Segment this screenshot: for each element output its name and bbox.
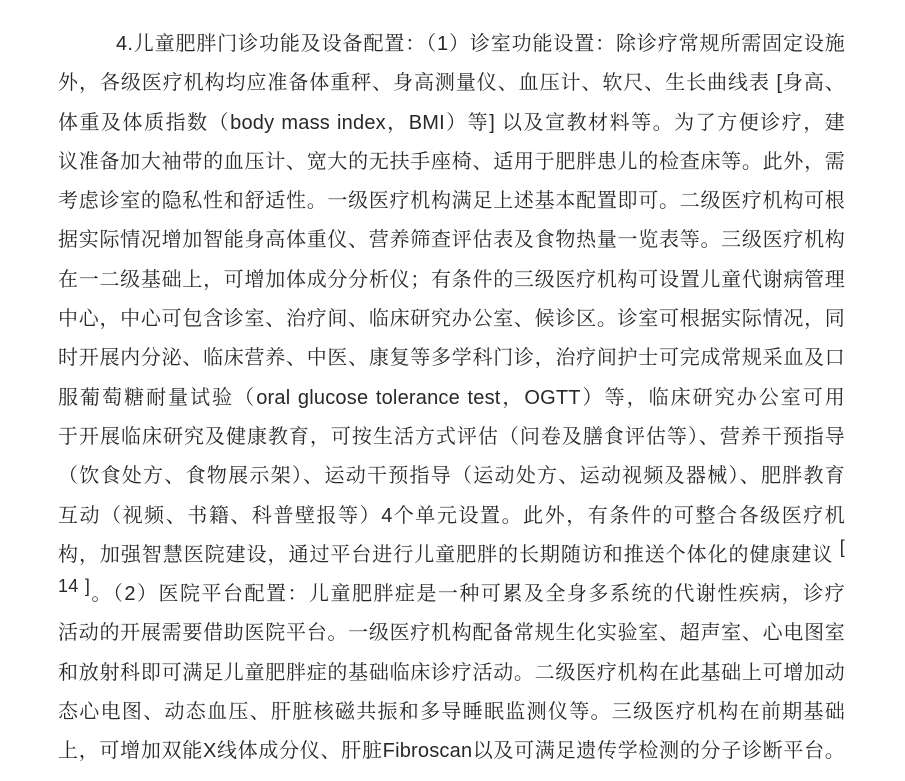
paragraph-line: 上，可增加双能X线体成分仪、肝脏Fibroscan以及可满足遗传学检测的分子诊断… <box>58 732 845 771</box>
paragraph-line: 4.儿童肥胖门诊功能及设备配置：（1）诊室功能设置：除诊疗常规所需固定设施 <box>58 25 845 64</box>
paragraph-line: （饮食处方、食物展示架）、运动干预指导（运动处方、运动视频及器械）、肥胖教育 <box>58 457 845 496</box>
citation-number: 14 ] <box>58 576 90 596</box>
paragraph-line: 活动的开展需要借助医院平台。一级医疗机构配备常规生化实验室、超声室、心电图室 <box>58 614 845 653</box>
paragraph-line: 在一二级基础上，可增加体成分分析仪；有条件的三级医疗机构可设置儿童代谢病管理 <box>58 261 845 300</box>
paragraph-line: 外，各级医疗机构均应准备体重秤、身高测量仪、血压计、软尺、生长曲线表 [身高、 <box>58 64 845 103</box>
line-text: 构，加强智慧医院建设，通过平台进行儿童肥胖的长期随访和推送个体化的健康建议 <box>58 544 840 566</box>
paragraph-line: 时开展内分泌、临床营养、中医、康复等多学科门诊，治疗间护士可完成常规采血及口 <box>58 339 845 378</box>
paragraph-line: 构，加强智慧医院建设，通过平台进行儿童肥胖的长期随访和推送个体化的健康建议 [ <box>58 536 845 575</box>
line-text: 。（2）医院平台配置：儿童肥胖症是一种可累及全身多系统的代谢性疾病，诊疗 <box>90 583 845 605</box>
citation-open-bracket: [ <box>840 537 845 557</box>
paragraph-line: 考虑诊室的隐私性和舒适性。一级医疗机构满足上述基本配置即可。二级医疗机构可根 <box>58 182 845 221</box>
paragraph-line: 中心，中心可包含诊室、治疗间、临床研究办公室、候诊区。诊室可根据实际情况，同 <box>58 300 845 339</box>
paragraph-line: 服葡萄糖耐量试验（oral glucose tolerance test，OGT… <box>58 379 845 418</box>
paragraph-line: 态心电图、动态血压、肝脏核磁共振和多导睡眠监测仪等。三级医疗机构在前期基础 <box>58 693 845 732</box>
paragraph-line: 议准备加大袖带的血压计、宽大的无扶手座椅、适用于肥胖患儿的检查床等。此外，需 <box>58 143 845 182</box>
document-page: 4.儿童肥胖门诊功能及设备配置：（1）诊室功能设置：除诊疗常规所需固定设施 外，… <box>0 0 905 781</box>
paragraph-line: 据实际情况增加智能身高体重仪、营养筛查评估表及食物热量一览表等。三级医疗机构 <box>58 221 845 260</box>
paragraph-line: 于开展临床研究及健康教育，可按生活方式评估（问卷及膳食评估等）、营养干预指导 <box>58 418 845 457</box>
paragraph-line: 体重及体质指数（body mass index，BMI）等] 以及宣教材料等。为… <box>58 104 845 143</box>
paragraph-line: 和放射科即可满足儿童肥胖症的基础临床诊疗活动。二级医疗机构在此基础上可增加动 <box>58 654 845 693</box>
paragraph-line: 14 ]。（2）医院平台配置：儿童肥胖症是一种可累及全身多系统的代谢性疾病，诊疗 <box>58 575 845 614</box>
paragraph-line: 互动（视频、书籍、科普壁报等）4个单元设置。此外，有条件的可整合各级医疗机 <box>58 497 845 536</box>
